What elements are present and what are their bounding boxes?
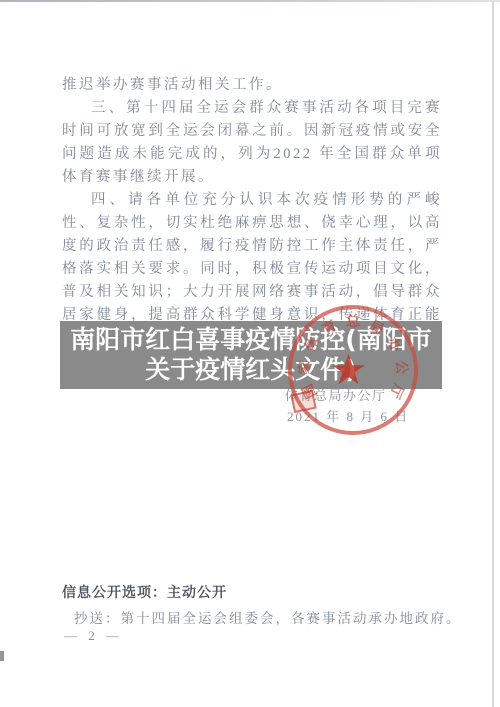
cc-line: 抄送：第十四届全运会组委会，各赛事活动承办地政府。 <box>74 607 462 627</box>
paragraph-continuation: 推迟举办赛事活动相关工作。 <box>62 74 442 97</box>
issue-date: 2021 年 8 月 6 日 <box>287 406 409 425</box>
scan-edge-right <box>492 2 494 707</box>
document-page: 推迟举办赛事活动相关工作。 三、第十四届全运会群众赛事活动各项目完赛时间可放宽到… <box>0 0 500 707</box>
paragraph-item-3: 三、第十四届全运会群众赛事活动各项目完赛时间可放宽到全运会闭幕之前。因新冠疫情或… <box>62 97 442 189</box>
banner-title: 南阳市红白喜事疫情防控(南阳市关于疫情红头文件) <box>60 325 442 385</box>
document-body: 推迟举办赛事活动相关工作。 三、第十四届全运会群众赛事活动各项目完赛时间可放宽到… <box>62 74 442 350</box>
title-banner: 南阳市红白喜事疫情防控(南阳市关于疫情红头文件) <box>60 321 442 389</box>
scan-artifact <box>0 651 4 661</box>
page-number: — 2 — <box>64 628 123 644</box>
disclosure-line: 信息公开选项：主动公开 <box>62 582 227 602</box>
scan-edge-top <box>0 0 500 2</box>
